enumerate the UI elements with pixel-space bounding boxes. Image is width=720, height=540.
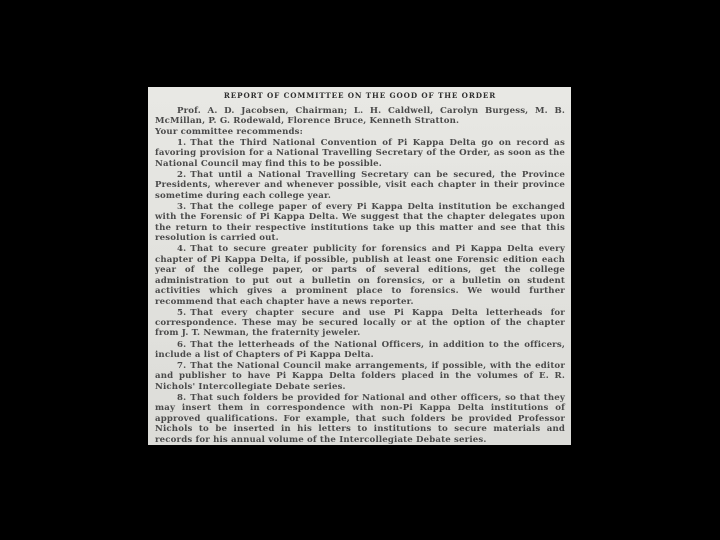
item-number: 8.	[177, 393, 186, 403]
item-number: 5.	[177, 308, 186, 318]
recommendation-item: 4.That to secure greater publicity for f…	[155, 244, 565, 307]
scanned-document-page: REPORT OF COMMITTEE ON THE GOOD OF THE O…	[148, 87, 571, 445]
recommendation-item: 6.That the letterheads of the National O…	[155, 340, 565, 361]
committee-intro: Your committee recommends:	[155, 127, 565, 137]
recommendation-item: 8.That such folders be provided for Nati…	[155, 393, 565, 445]
item-number: 3.	[177, 202, 186, 212]
committee-members: Prof. A. D. Jacobsen, Chairman; L. H. Ca…	[155, 106, 565, 127]
recommendation-item: 7.That the National Council make arrange…	[155, 361, 565, 392]
item-number: 2.	[177, 170, 186, 180]
item-number: 7.	[177, 361, 186, 371]
report-title: REPORT OF COMMITTEE ON THE GOOD OF THE O…	[155, 91, 565, 100]
item-text: That the letterheads of the National Off…	[155, 340, 565, 360]
item-text: That until a National Travelling Secreta…	[155, 170, 565, 201]
item-text: That every chapter secure and use Pi Kap…	[155, 308, 565, 339]
item-number: 4.	[177, 244, 186, 254]
recommendation-item: 5.That every chapter secure and use Pi K…	[155, 308, 565, 339]
item-number: 1.	[177, 138, 186, 148]
recommendation-item: 1.That the Third National Convention of …	[155, 138, 565, 169]
recommendation-item: 3.That the college paper of every Pi Kap…	[155, 202, 565, 244]
item-number: 6.	[177, 340, 186, 350]
item-text: That the college paper of every Pi Kappa…	[155, 202, 565, 243]
recommendation-item: 2.That until a National Travelling Secre…	[155, 170, 565, 201]
item-text: That the Third National Convention of Pi…	[155, 138, 565, 169]
item-text: That the National Council make arrangeme…	[155, 361, 565, 392]
recommendation-list: 1.That the Third National Convention of …	[155, 138, 565, 445]
item-text: That to secure greater publicity for for…	[155, 244, 565, 306]
item-text: That such folders be provided for Nation…	[155, 393, 565, 445]
